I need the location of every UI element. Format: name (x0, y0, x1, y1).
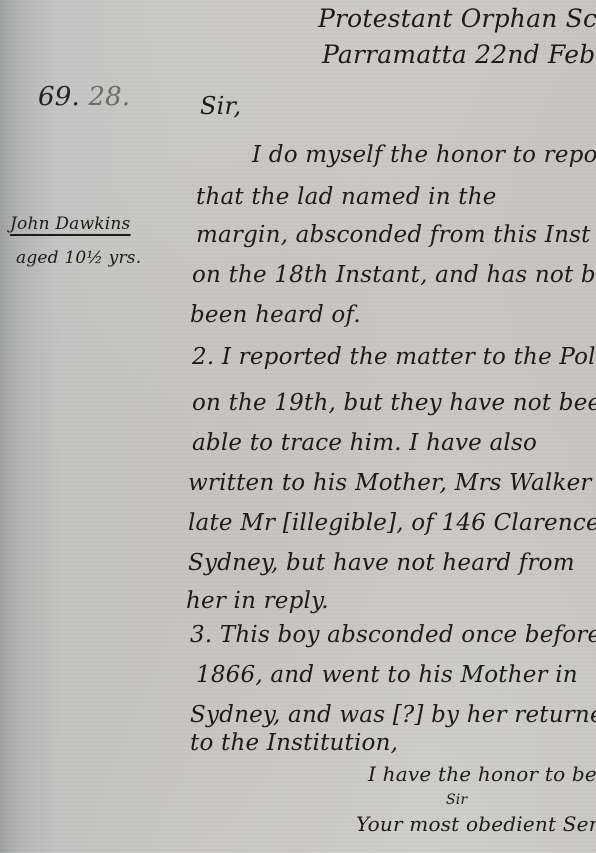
closing-line-2: Your most obedient Servant (356, 812, 596, 836)
p3-line-2: 1866, and went to his Mother in (196, 662, 578, 688)
margin-note-age: aged 10½ yrs. (16, 248, 141, 268)
p2-line-1: 2. I reported the matter to the Police (192, 344, 596, 370)
closing-line-1: I have the honor to be (368, 762, 596, 786)
p2-line-4: written to his Mother, Mrs Walker (188, 470, 592, 496)
closing-sir: Sir (446, 792, 467, 808)
reference-suffix: 28. (88, 82, 130, 112)
p1-line-3: margin, absconded from this Inst (196, 222, 591, 248)
p3-line-3: Sydney, and was [?] by her returned (190, 702, 596, 728)
p1-line-1: I do myself the honor to repo (252, 142, 596, 168)
p2-line-2: on the 19th, but they have not been (192, 390, 596, 416)
reference-prefix: 69. (38, 82, 80, 112)
p2-line-3: able to trace him. I have also (192, 430, 537, 456)
header-place-date: Parramatta 22nd February (322, 40, 596, 69)
reference-number: 69. 28. (38, 82, 130, 112)
margin-note-name: John Dawkins (10, 214, 130, 234)
p2-line-5: late Mr [illegible], of 146 Clarence Str (188, 510, 596, 536)
p1-line-5: been heard of. (190, 302, 361, 328)
p2-line-7: her in reply. (186, 588, 329, 614)
header-institution: Protestant Orphan School (318, 4, 596, 33)
p3-line-1: 3. This boy absconded once before (190, 622, 596, 648)
p1-line-2: that the lad named in the (196, 184, 497, 210)
p3-line-4: to the Institution, (190, 730, 398, 756)
salutation: Sir, (200, 92, 241, 120)
p1-line-4: on the 18th Instant, and has not be (192, 262, 596, 288)
p2-line-6: Sydney, but have not heard from (188, 550, 575, 576)
